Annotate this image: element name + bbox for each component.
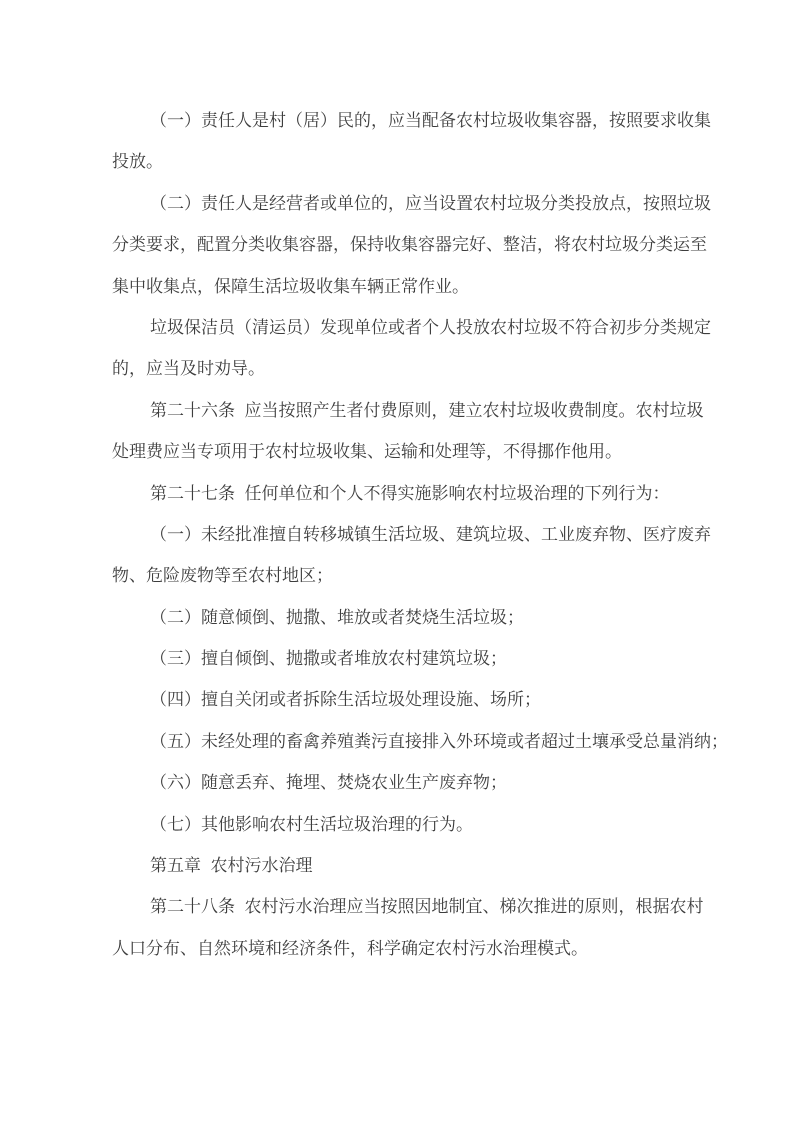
text-line: （二）随意倾倒、抛撒、堆放或者焚烧生活垃圾； [112, 597, 692, 638]
text-line: 物、危险废物等至农村地区； [112, 555, 692, 596]
text-line: （七）其他影响农村生活垃圾治理的行为。 [112, 804, 692, 845]
document-page: （一）责任人是村（居）民的，应当配备农村垃圾收集容器，按照要求收集投放。（二）责… [0, 0, 793, 1122]
text-line: 分类要求，配置分类收集容器，保持收集容器完好、整洁，将农村垃圾分类运至 [112, 224, 692, 265]
text-line: 第二十六条 应当按照产生者付费原则，建立农村垃圾收费制度。农村垃圾 [112, 390, 692, 431]
text-line: （五）未经处理的畜禽养殖粪污直接排入外环境或者超过土壤承受总量消纳； [112, 721, 692, 762]
text-line: 垃圾保洁员（清运员）发现单位或者个人投放农村垃圾不符合初步分类规定 [112, 307, 692, 348]
text-line: （二）责任人是经营者或单位的，应当设置农村垃圾分类投放点，按照垃圾 [112, 183, 692, 224]
text-content: （一）责任人是村（居）民的，应当配备农村垃圾收集容器，按照要求收集投放。（二）责… [112, 100, 692, 969]
text-line: 第二十八条 农村污水治理应当按照因地制宜、梯次推进的原则，根据农村 [112, 886, 692, 927]
text-line: （一）未经批准擅自转移城镇生活垃圾、建筑垃圾、工业废弃物、医疗废弃 [112, 514, 692, 555]
text-line: （六）随意丢弃、掩埋、焚烧农业生产废弃物； [112, 762, 692, 803]
text-line: 人口分布、自然环境和经济条件，科学确定农村污水治理模式。 [112, 928, 692, 969]
text-line: 集中收集点，保障生活垃圾收集车辆正常作业。 [112, 266, 692, 307]
text-line: （四）擅自关闭或者拆除生活垃圾处理设施、场所； [112, 679, 692, 720]
text-line: 第五章 农村污水治理 [112, 845, 692, 886]
text-line: （三）擅自倾倒、抛撒或者堆放农村建筑垃圾； [112, 638, 692, 679]
text-line: （一）责任人是村（居）民的，应当配备农村垃圾收集容器，按照要求收集 [112, 100, 692, 141]
text-line: 第二十七条 任何单位和个人不得实施影响农村垃圾治理的下列行为： [112, 473, 692, 514]
text-line: 的，应当及时劝导。 [112, 348, 692, 389]
text-line: 处理费应当专项用于农村垃圾收集、运输和处理等，不得挪作他用。 [112, 431, 692, 472]
text-line: 投放。 [112, 141, 692, 182]
